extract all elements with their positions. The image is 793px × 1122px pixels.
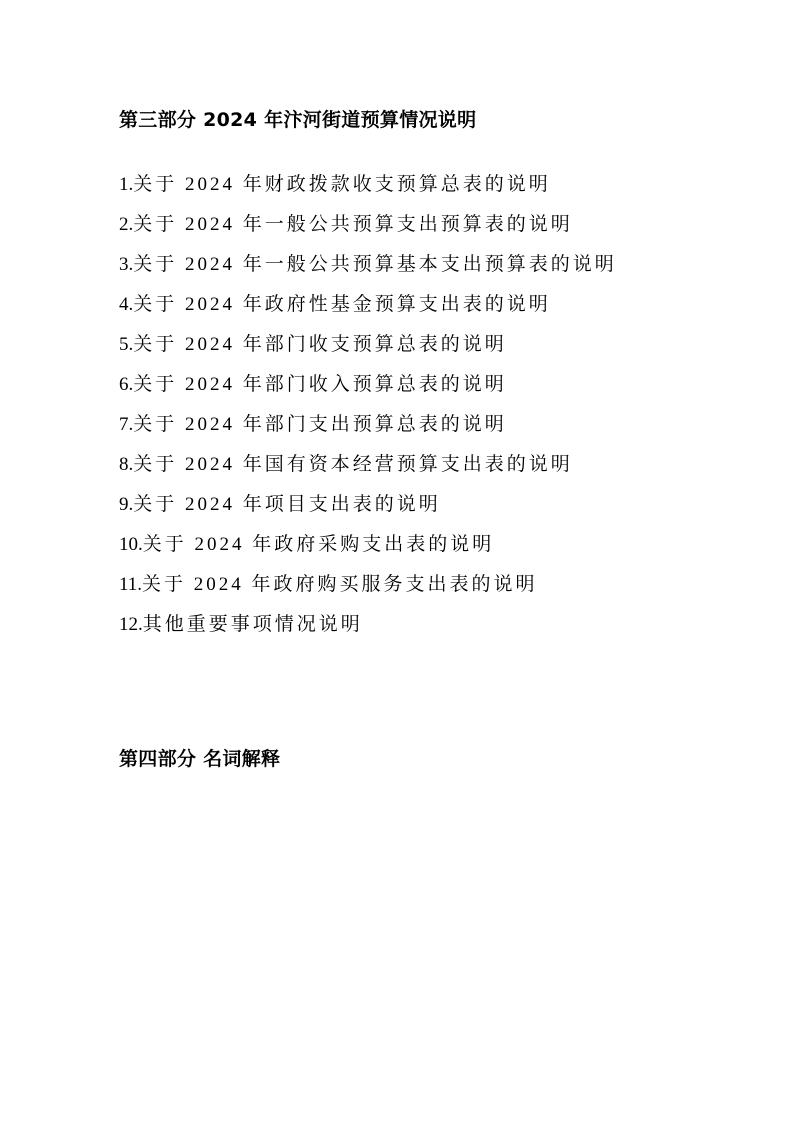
toc-item-number: 6. — [119, 374, 133, 395]
section-3-heading: 第三部分 2024 年汴河街道预算情况说明 — [119, 108, 476, 132]
toc-item-number: 5. — [119, 334, 133, 355]
toc-item-text: 关于 2024 年政府采购支出表的说明 — [143, 534, 495, 555]
toc-item-text: 关于 2024 年政府购买服务支出表的说明 — [142, 574, 538, 595]
toc-item-1: 1.关于 2024 年财政拨款收支预算总表的说明 — [119, 170, 551, 200]
toc-item-text: 关于 2024 年部门收支预算总表的说明 — [133, 334, 507, 355]
toc-item-11: 11.关于 2024 年政府购买服务支出表的说明 — [119, 570, 538, 600]
toc-item-number: 1. — [119, 174, 133, 195]
toc-item-number: 7. — [119, 414, 133, 435]
toc-item-7: 7.关于 2024 年部门支出预算总表的说明 — [119, 410, 507, 440]
toc-item-text: 关于 2024 年财政拨款收支预算总表的说明 — [133, 174, 551, 195]
toc-item-text: 关于 2024 年项目支出表的说明 — [133, 494, 441, 515]
toc-item-number: 3. — [119, 254, 133, 275]
toc-item-5: 5.关于 2024 年部门收支预算总表的说明 — [119, 330, 507, 360]
toc-item-text: 其他重要事项情况说明 — [143, 614, 363, 635]
toc-item-number: 8. — [119, 454, 133, 475]
toc-item-number: 9. — [119, 494, 133, 515]
toc-item-9: 9.关于 2024 年项目支出表的说明 — [119, 490, 441, 520]
toc-item-text: 关于 2024 年部门收入预算总表的说明 — [133, 374, 507, 395]
toc-item-text: 关于 2024 年国有资本经营预算支出表的说明 — [133, 454, 573, 475]
toc-item-text: 关于 2024 年一般公共预算基本支出预算表的说明 — [133, 254, 617, 275]
toc-item-10: 10.关于 2024 年政府采购支出表的说明 — [119, 530, 494, 560]
toc-item-number: 12. — [119, 614, 143, 635]
section-4-heading: 第四部分 名词解释 — [119, 747, 280, 771]
toc-item-8: 8.关于 2024 年国有资本经营预算支出表的说明 — [119, 450, 573, 480]
document-page: 第三部分 2024 年汴河街道预算情况说明 1.关于 2024 年财政拨款收支预… — [0, 0, 793, 1122]
toc-item-3: 3.关于 2024 年一般公共预算基本支出预算表的说明 — [119, 250, 617, 280]
toc-item-4: 4.关于 2024 年政府性基金预算支出表的说明 — [119, 290, 551, 320]
toc-item-number: 4. — [119, 294, 133, 315]
toc-item-text: 关于 2024 年一般公共预算支出预算表的说明 — [133, 214, 573, 235]
toc-item-6: 6.关于 2024 年部门收入预算总表的说明 — [119, 370, 507, 400]
toc-item-12: 12.其他重要事项情况说明 — [119, 610, 363, 640]
toc-item-2: 2.关于 2024 年一般公共预算支出预算表的说明 — [119, 210, 573, 240]
toc-item-number: 11. — [119, 574, 142, 595]
toc-item-text: 关于 2024 年政府性基金预算支出表的说明 — [133, 294, 551, 315]
toc-item-number: 10. — [119, 534, 143, 555]
toc-item-text: 关于 2024 年部门支出预算总表的说明 — [133, 414, 507, 435]
toc-item-number: 2. — [119, 214, 133, 235]
